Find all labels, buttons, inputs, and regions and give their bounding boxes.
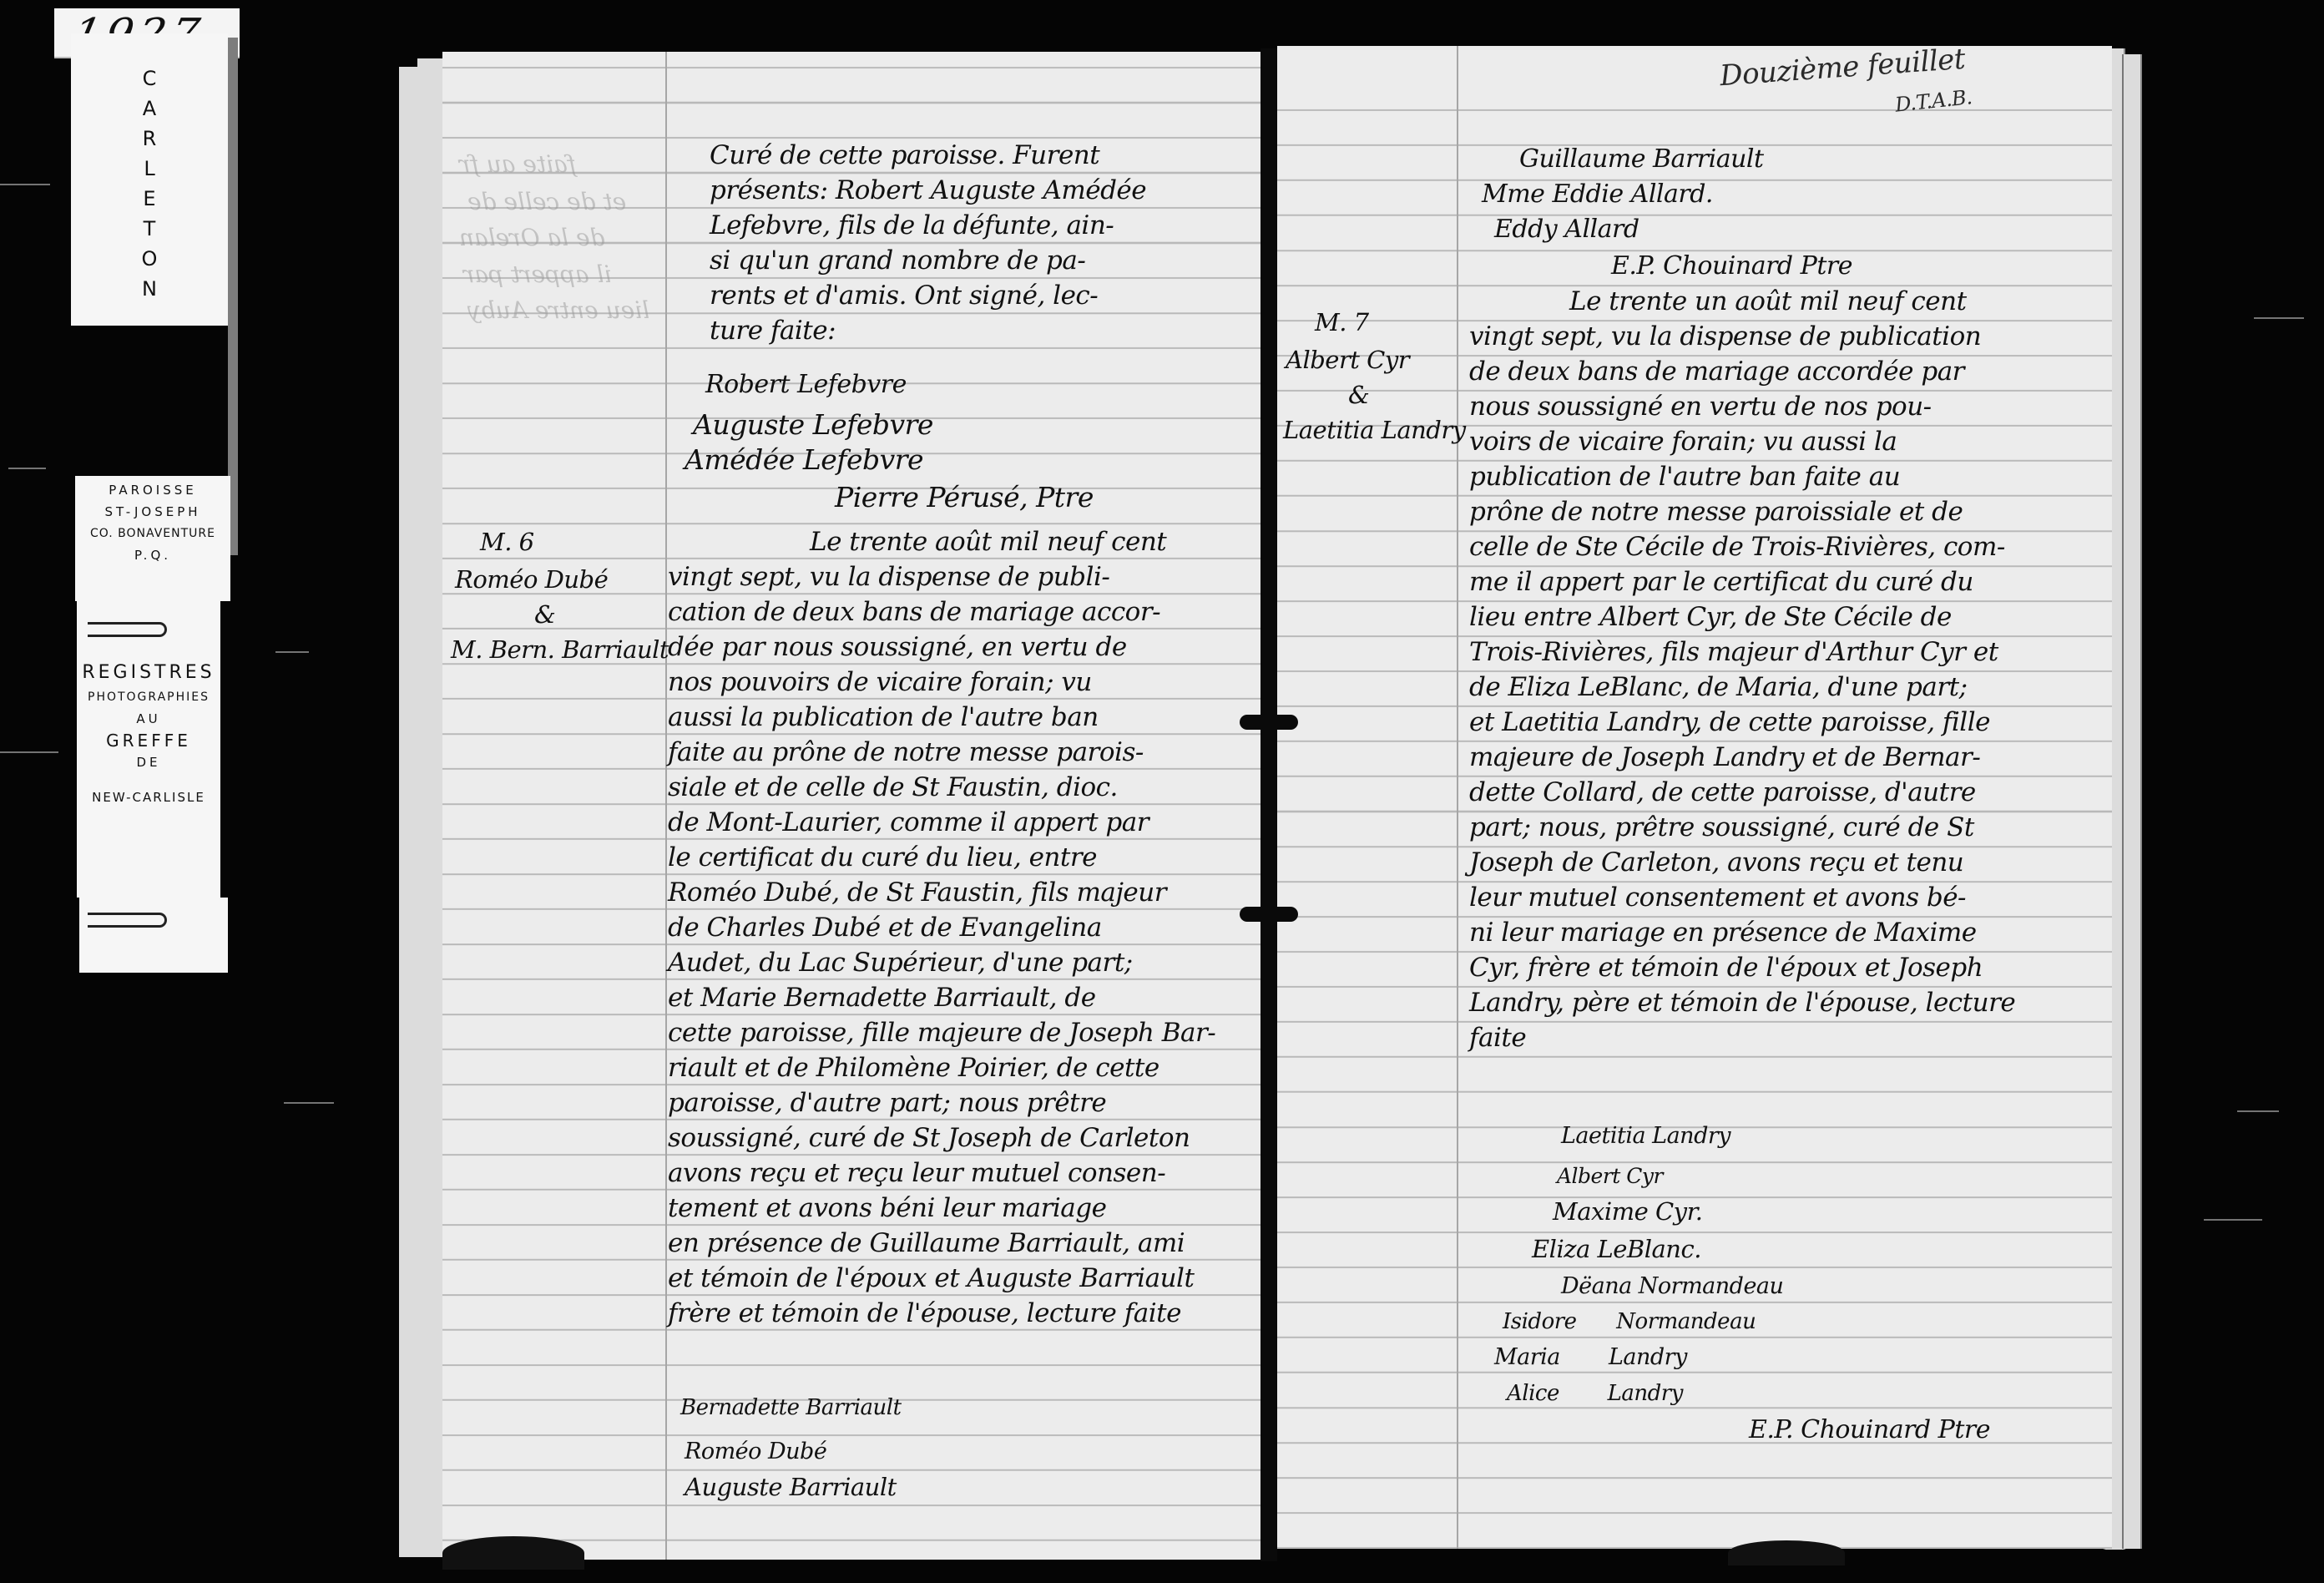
scan-noise bbox=[284, 1102, 334, 1104]
page-stack-right bbox=[2122, 54, 2142, 1549]
registry-line-6: NEW-CARLISLE bbox=[77, 786, 220, 808]
signature: Laetitia Landry bbox=[1561, 1119, 1730, 1154]
signature: Auguste Lefebvre bbox=[693, 407, 933, 443]
signature: Dëana Normandeau bbox=[1561, 1269, 1783, 1304]
right-page-margin-rule bbox=[1457, 46, 1458, 1549]
paper-clip-icon bbox=[88, 622, 167, 637]
scan-noise bbox=[2237, 1110, 2279, 1112]
scan-noise bbox=[2254, 317, 2304, 319]
binding-shadow bbox=[1728, 1540, 1845, 1565]
page-stack-left bbox=[417, 58, 444, 1557]
signature: Guillaume Barriault bbox=[1519, 142, 1764, 177]
registry-title: REGISTRES bbox=[77, 660, 220, 686]
left-page-margin-rule bbox=[665, 52, 667, 1560]
signature: Eliza LeBlanc. bbox=[1532, 1232, 1701, 1267]
priest-signature: E.P. Chouinard Ptre bbox=[1749, 1413, 1990, 1448]
bleed-through-text: de la Orelan bbox=[459, 224, 605, 251]
registry-line-3: AU bbox=[77, 708, 220, 730]
scan-noise bbox=[8, 468, 46, 469]
location-strip: C A R L E T O N bbox=[71, 33, 228, 326]
entry-code: M. 7 bbox=[1315, 305, 1369, 340]
registry-line-5: DE bbox=[77, 751, 220, 773]
bride-name: M. Bern. Barriault bbox=[451, 632, 669, 667]
signature: Alice Landry bbox=[1507, 1376, 1683, 1411]
parish-label-block: PAROISSE ST-JOSEPH CO. BONAVENTURE P.Q. bbox=[75, 476, 230, 601]
binding-ring-icon bbox=[1240, 907, 1298, 922]
blank-strip bbox=[79, 898, 228, 973]
conjunction: & bbox=[1348, 377, 1369, 412]
binding-shadow bbox=[442, 1536, 584, 1570]
parish-block bbox=[73, 284, 232, 468]
signature: Auguste Barriault bbox=[685, 1469, 897, 1505]
signature: Bernadette Barriault bbox=[680, 1390, 902, 1425]
priest-signature: E.P. Chouinard Ptre bbox=[1611, 249, 1852, 284]
signature: Eddy Allard bbox=[1494, 212, 1639, 247]
bleed-through-text: il appert par bbox=[463, 260, 611, 288]
signature: Maxime Cyr. bbox=[1553, 1194, 1702, 1229]
priest-signature: Pierre Pérusé, Ptre bbox=[835, 480, 1094, 515]
book-spine bbox=[1261, 48, 1277, 1561]
bride-name: Laetitia Landry bbox=[1283, 412, 1466, 448]
left-continuation-text: Curé de cette paroisse. Furent présents:… bbox=[710, 138, 1146, 348]
signature: Maria Landry bbox=[1494, 1340, 1687, 1375]
county-label: CO. BONAVENTURE bbox=[75, 523, 230, 544]
right-entry-text: Le trente un août mil neuf cent vingt se… bbox=[1469, 284, 2015, 1055]
location-vertical-word: C A R L E T O N bbox=[71, 63, 228, 304]
signature: Albert Cyr bbox=[1557, 1159, 1663, 1194]
signature: Mme Eddie Allard. bbox=[1482, 177, 1713, 212]
signature: Roméo Dubé bbox=[685, 1434, 826, 1469]
parish-label: PAROISSE bbox=[75, 479, 230, 501]
groom-name: Albert Cyr bbox=[1286, 342, 1409, 377]
registry-line-4: GREFFE bbox=[77, 730, 220, 751]
signature: Isidore Normandeau bbox=[1503, 1304, 1756, 1339]
parish-name: ST-JOSEPH bbox=[75, 501, 230, 523]
scan-noise bbox=[0, 751, 58, 753]
province-label: P.Q. bbox=[75, 544, 230, 566]
scan-noise bbox=[0, 184, 50, 185]
registry-line-2: PHOTOGRAPHIES bbox=[77, 686, 220, 708]
left-entry-text: Le trente août mil neuf cent vingt sept,… bbox=[668, 524, 1215, 1331]
paper-clip-icon bbox=[88, 913, 167, 928]
entry-code: M. 6 bbox=[480, 524, 534, 559]
bleed-through-text: et de celle de bbox=[467, 188, 626, 215]
signature: Amédée Lefebvre bbox=[685, 443, 923, 478]
bleed-through-text: lieu entre Auby bbox=[467, 296, 649, 324]
signature: Robert Lefebvre bbox=[705, 367, 907, 402]
scan-noise bbox=[275, 651, 309, 653]
bleed-through-text: faite au fr bbox=[459, 150, 576, 178]
binding-ring-icon bbox=[1240, 715, 1298, 730]
groom-name: Roméo Dubé bbox=[455, 562, 608, 597]
scan-noise bbox=[2204, 1219, 2262, 1221]
registry-strip: REGISTRES PHOTOGRAPHIES AU GREFFE DE NEW… bbox=[77, 601, 220, 898]
conjunction: & bbox=[534, 597, 555, 632]
